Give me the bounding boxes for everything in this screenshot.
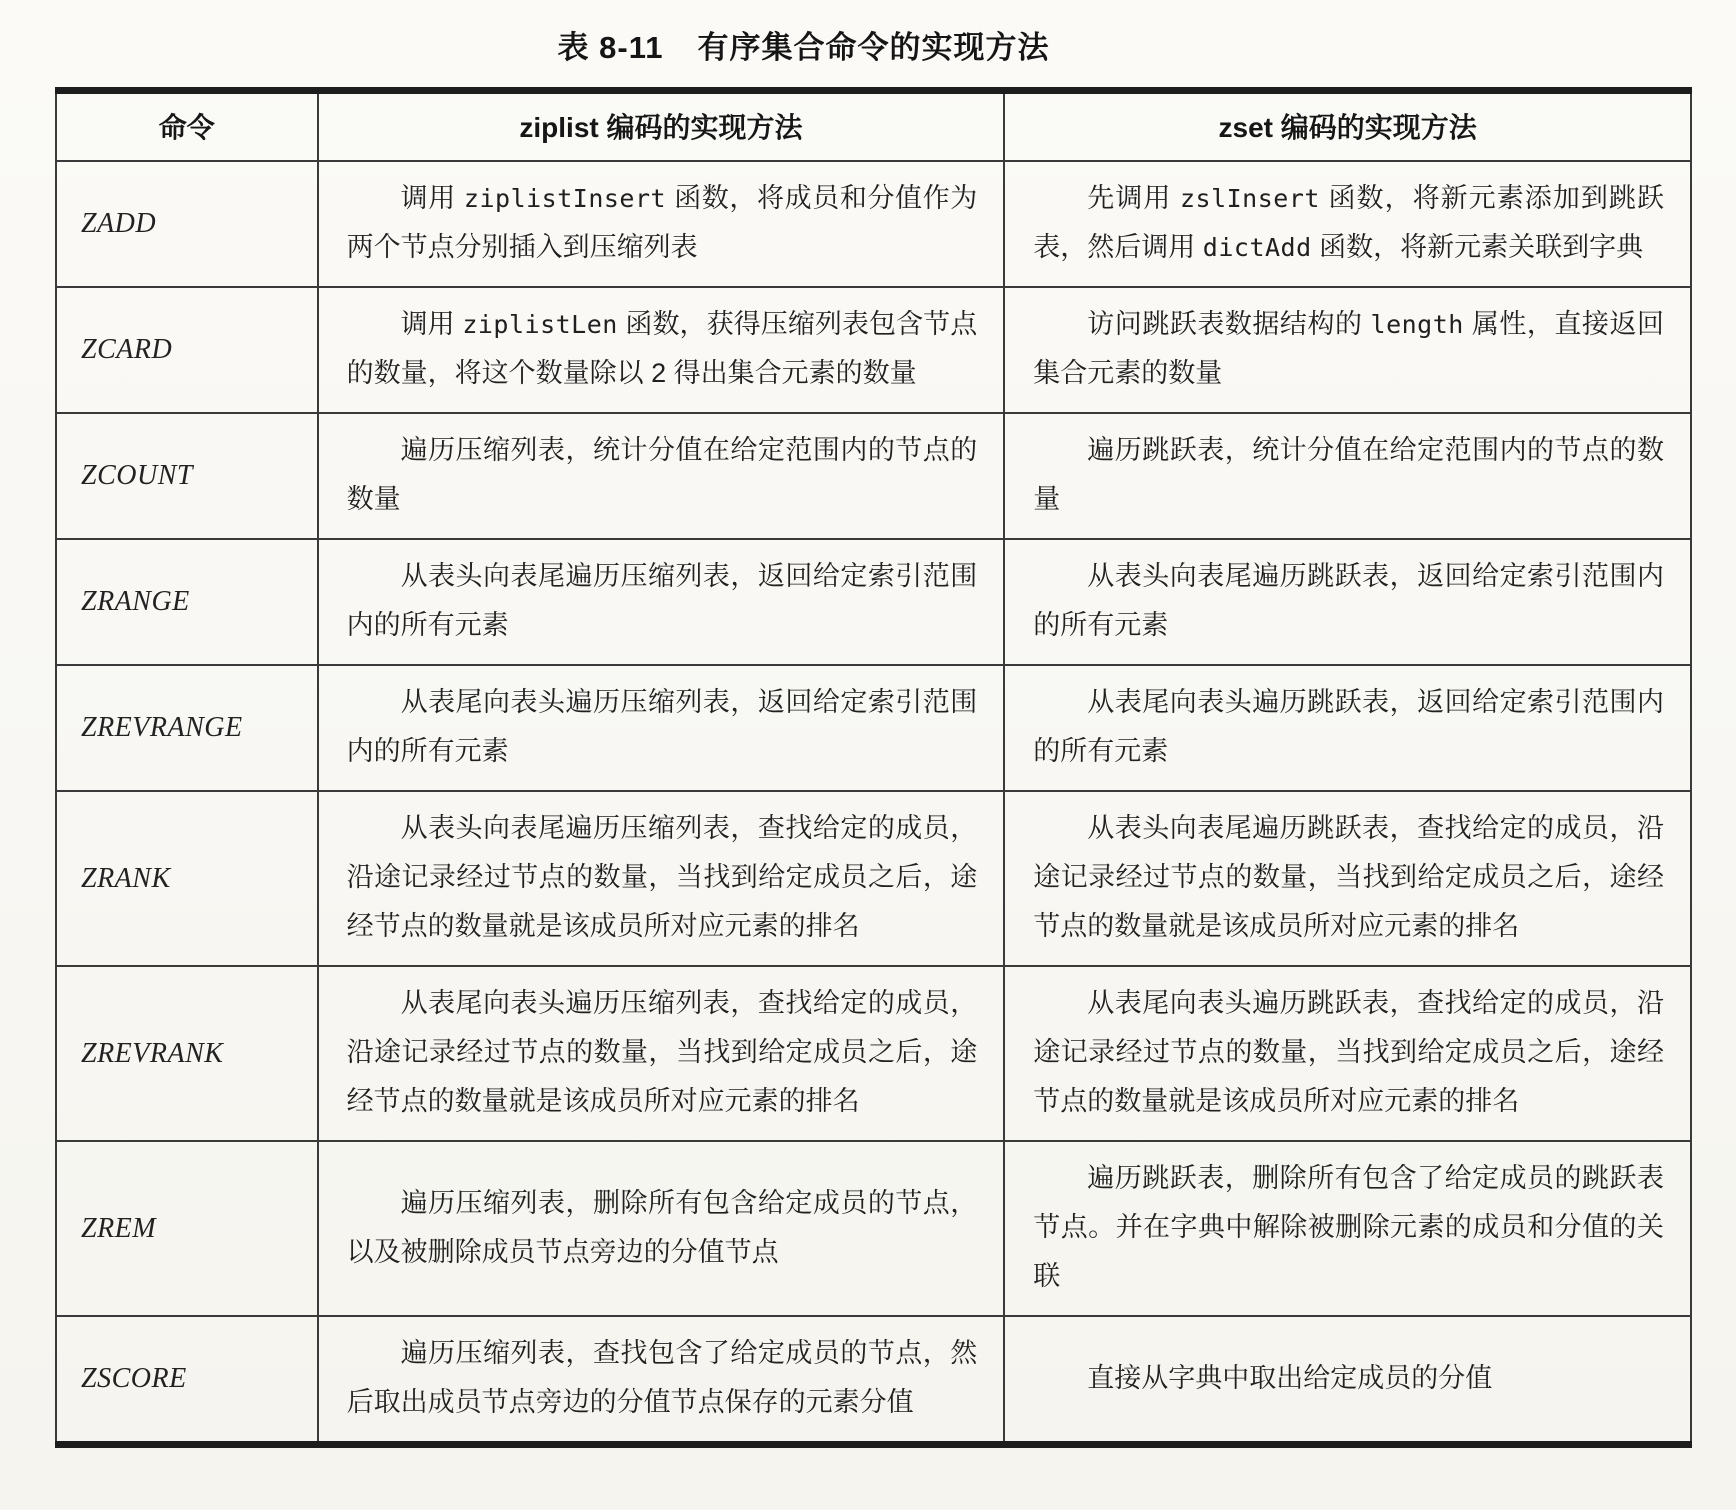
cell-paragraph: 遍历跳跃表，统计分值在给定范围内的节点的数量: [1033, 426, 1664, 524]
code-token: ziplistLen: [462, 310, 618, 339]
command-cell: ZSCORE: [56, 1316, 318, 1445]
text-run: 从表尾向表头遍历压缩列表，查找给定的成员，沿途记录经过节点的数量，当找到给定成员…: [347, 988, 978, 1116]
ziplist-implementation-cell: 从表尾向表头遍历压缩列表，返回给定索引范围内的所有元素: [318, 665, 1005, 791]
text-run: 先调用: [1087, 183, 1180, 213]
command-cell: ZRANGE: [56, 539, 318, 665]
table-row: ZRANGE 从表头向表尾遍历压缩列表，返回给定索引范围内的所有元素 从表头向表…: [56, 539, 1691, 665]
zset-implementation-cell: 遍历跳跃表，统计分值在给定范围内的节点的数量: [1004, 413, 1691, 539]
cell-paragraph: 从表头向表尾遍历压缩列表，返回给定索引范围内的所有元素: [347, 552, 978, 650]
table-caption-title: 有序集合命令的实现方法: [697, 30, 1049, 65]
text-run: 从表头向表尾遍历跳跃表，查找给定的成员，沿途记录经过节点的数量，当找到给定成员之…: [1033, 813, 1664, 941]
cell-paragraph: 从表尾向表头遍历压缩列表，查找给定的成员，沿途记录经过节点的数量，当找到给定成员…: [347, 979, 978, 1126]
ziplist-implementation-cell: 调用 ziplistLen 函数，获得压缩列表包含节点的数量，将这个数量除以 2…: [318, 287, 1005, 413]
text-run: 调用: [401, 183, 464, 213]
ziplist-implementation-cell: 从表头向表尾遍历压缩列表，返回给定索引范围内的所有元素: [318, 539, 1005, 665]
text-run: 从表尾向表头遍历压缩列表，返回给定索引范围内的所有元素: [347, 687, 978, 766]
text-run: 遍历压缩列表，查找包含了给定成员的节点，然后取出成员节点旁边的分值节点保存的元素…: [347, 1338, 978, 1417]
cell-paragraph: 从表尾向表头遍历跳跃表，返回给定索引范围内的所有元素: [1033, 678, 1664, 776]
table-row: ZSCORE 遍历压缩列表，查找包含了给定成员的节点，然后取出成员节点旁边的分值…: [56, 1316, 1691, 1445]
text-run: 遍历压缩列表，统计分值在给定范围内的节点的数量: [347, 435, 978, 514]
table-row: ZCOUNT 遍历压缩列表，统计分值在给定范围内的节点的数量 遍历跳跃表，统计分…: [56, 413, 1691, 539]
text-run: 调用: [401, 309, 463, 339]
command-cell: ZADD: [56, 161, 318, 287]
command-cell: ZRANK: [56, 791, 318, 966]
text-run: 遍历跳跃表，统计分值在给定范围内的节点的数量: [1033, 435, 1664, 514]
ziplist-implementation-cell: 遍历压缩列表，查找包含了给定成员的节点，然后取出成员节点旁边的分值节点保存的元素…: [318, 1316, 1005, 1445]
code-token: ziplistInsert: [464, 184, 666, 213]
text-run: 从表尾向表头遍历跳跃表，查找给定的成员，沿途记录经过节点的数量，当找到给定成员之…: [1033, 988, 1664, 1116]
ziplist-implementation-cell: 遍历压缩列表，统计分值在给定范围内的节点的数量: [318, 413, 1005, 539]
text-run: 遍历跳跃表，删除所有包含了给定成员的跳跃表节点。并在字典中解除被删除元素的成员和…: [1033, 1163, 1664, 1291]
code-token: length: [1371, 310, 1464, 339]
scanned-book-page: 表 8-11有序集合命令的实现方法 命令 ziplist 编码的实现方法 zse…: [0, 0, 1736, 1510]
code-token: zslInsert: [1180, 184, 1320, 213]
zset-implementation-cell: 直接从字典中取出给定成员的分值: [1004, 1316, 1691, 1445]
cell-paragraph: 直接从字典中取出给定成员的分值: [1033, 1354, 1664, 1403]
text-run: 从表头向表尾遍历压缩列表，返回给定索引范围内的所有元素: [347, 561, 978, 640]
table-row: ZCARD 调用 ziplistLen 函数，获得压缩列表包含节点的数量，将这个…: [56, 287, 1691, 413]
zset-implementation-cell: 从表头向表尾遍历跳跃表，查找给定的成员，沿途记录经过节点的数量，当找到给定成员之…: [1004, 791, 1691, 966]
text-run: 访问跳跃表数据结构的: [1087, 309, 1370, 339]
column-header-zset-implementation: zset 编码的实现方法: [1004, 91, 1691, 162]
table-caption-number: 表 8-11: [558, 30, 664, 65]
cell-paragraph: 遍历压缩列表，统计分值在给定范围内的节点的数量: [347, 426, 978, 524]
cell-paragraph: 访问跳跃表数据结构的 length 属性，直接返回集合元素的数量: [1033, 300, 1664, 398]
command-cell: ZCARD: [56, 287, 318, 413]
command-cell: ZCOUNT: [56, 413, 318, 539]
table-row: ZREVRANGE 从表尾向表头遍历压缩列表，返回给定索引范围内的所有元素 从表…: [56, 665, 1691, 791]
cell-paragraph: 调用 ziplistInsert 函数，将成员和分值作为两个节点分别插入到压缩列…: [347, 174, 978, 272]
table-row: ZRANK 从表头向表尾遍历压缩列表，查找给定的成员，沿途记录经过节点的数量，当…: [56, 791, 1691, 966]
table-row: ZREVRANK 从表尾向表头遍历压缩列表，查找给定的成员，沿途记录经过节点的数…: [56, 966, 1691, 1141]
text-run: 遍历压缩列表，删除所有包含给定成员的节点，以及被删除成员节点旁边的分值节点: [347, 1188, 978, 1267]
cell-paragraph: 先调用 zslInsert 函数，将新元素添加到跳跃表，然后调用 dictAdd…: [1033, 174, 1664, 272]
cell-paragraph: 遍历跳跃表，删除所有包含了给定成员的跳跃表节点。并在字典中解除被删除元素的成员和…: [1033, 1154, 1664, 1301]
ziplist-implementation-cell: 从表尾向表头遍历压缩列表，查找给定的成员，沿途记录经过节点的数量，当找到给定成员…: [318, 966, 1005, 1141]
table-row: ZADD 调用 ziplistInsert 函数，将成员和分值作为两个节点分别插…: [56, 161, 1691, 287]
cell-paragraph: 调用 ziplistLen 函数，获得压缩列表包含节点的数量，将这个数量除以 2…: [347, 300, 978, 398]
column-header-command: 命令: [56, 91, 318, 162]
cell-paragraph: 从表头向表尾遍历压缩列表，查找给定的成员，沿途记录经过节点的数量，当找到给定成员…: [347, 804, 978, 951]
cell-paragraph: 遍历压缩列表，删除所有包含给定成员的节点，以及被删除成员节点旁边的分值节点: [347, 1179, 978, 1277]
ziplist-implementation-cell: 调用 ziplistInsert 函数，将成员和分值作为两个节点分别插入到压缩列…: [318, 161, 1005, 287]
cell-paragraph: 从表头向表尾遍历跳跃表，查找给定的成员，沿途记录经过节点的数量，当找到给定成员之…: [1033, 804, 1664, 951]
text-run: 从表尾向表头遍历跳跃表，返回给定索引范围内的所有元素: [1033, 687, 1664, 766]
zset-implementation-cell: 从表头向表尾遍历跳跃表，返回给定索引范围内的所有元素: [1004, 539, 1691, 665]
text-run: 从表头向表尾遍历压缩列表，查找给定的成员，沿途记录经过节点的数量，当找到给定成员…: [347, 813, 978, 941]
zset-implementation-cell: 从表尾向表头遍历跳跃表，返回给定索引范围内的所有元素: [1004, 665, 1691, 791]
cell-paragraph: 遍历压缩列表，查找包含了给定成员的节点，然后取出成员节点旁边的分值节点保存的元素…: [347, 1329, 978, 1427]
zset-implementation-cell: 从表尾向表头遍历跳跃表，查找给定的成员，沿途记录经过节点的数量，当找到给定成员之…: [1004, 966, 1691, 1141]
text-run: 直接从字典中取出给定成员的分值: [1087, 1363, 1492, 1393]
column-header-ziplist-implementation: ziplist 编码的实现方法: [318, 91, 1005, 162]
zset-implementation-cell: 先调用 zslInsert 函数，将新元素添加到跳跃表，然后调用 dictAdd…: [1004, 161, 1691, 287]
ziplist-implementation-cell: 从表头向表尾遍历压缩列表，查找给定的成员，沿途记录经过节点的数量，当找到给定成员…: [318, 791, 1005, 966]
cell-paragraph: 从表尾向表头遍历压缩列表，返回给定索引范围内的所有元素: [347, 678, 978, 776]
cell-paragraph: 从表头向表尾遍历跳跃表，返回给定索引范围内的所有元素: [1033, 552, 1664, 650]
zset-implementation-cell: 遍历跳跃表，删除所有包含了给定成员的跳跃表节点。并在字典中解除被删除元素的成员和…: [1004, 1141, 1691, 1316]
text-run: 从表头向表尾遍历跳跃表，返回给定索引范围内的所有元素: [1033, 561, 1664, 640]
table-row: ZREM 遍历压缩列表，删除所有包含给定成员的节点，以及被删除成员节点旁边的分值…: [56, 1141, 1691, 1316]
zset-implementation-cell: 访问跳跃表数据结构的 length 属性，直接返回集合元素的数量: [1004, 287, 1691, 413]
sorted-set-commands-table: 命令 ziplist 编码的实现方法 zset 编码的实现方法 ZADD 调用 …: [55, 87, 1692, 1448]
command-cell: ZREVRANGE: [56, 665, 318, 791]
text-run: 函数，将新元素关联到字典: [1312, 232, 1644, 262]
ziplist-implementation-cell: 遍历压缩列表，删除所有包含给定成员的节点，以及被删除成员节点旁边的分值节点: [318, 1141, 1005, 1316]
code-token: dictAdd: [1203, 233, 1312, 262]
command-cell: ZREVRANK: [56, 966, 318, 1141]
header-row: 命令 ziplist 编码的实现方法 zset 编码的实现方法: [56, 91, 1691, 162]
table-caption: 表 8-11有序集合命令的实现方法: [0, 0, 1622, 67]
command-cell: ZREM: [56, 1141, 318, 1316]
cell-paragraph: 从表尾向表头遍历跳跃表，查找给定的成员，沿途记录经过节点的数量，当找到给定成员之…: [1033, 979, 1664, 1126]
